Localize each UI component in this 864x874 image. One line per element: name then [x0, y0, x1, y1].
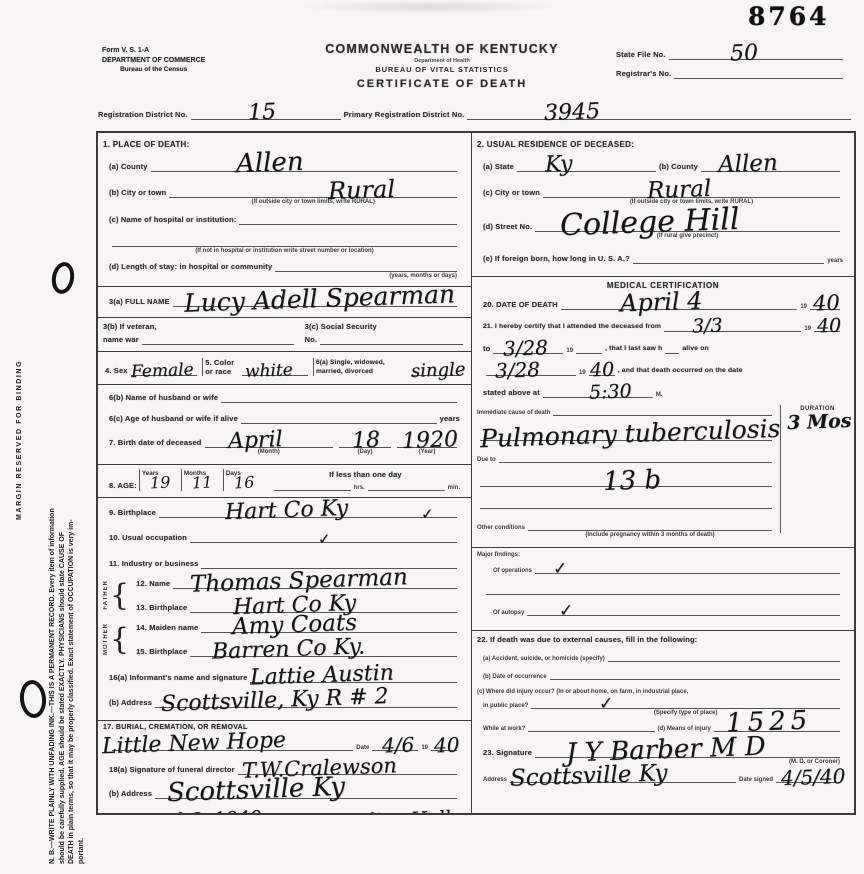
residence-state-label: (a) State — [483, 162, 514, 172]
certify-stated-above: stated above at — [483, 388, 540, 398]
mother-maiden-line: Amy Coats — [201, 625, 457, 633]
pod-hospital-row: (c) Name of hospital or institution: — [109, 215, 460, 225]
residence-state-county-row: (a) State Ky (b) County Allen — [483, 162, 843, 172]
residence-county-value: Allen — [717, 152, 778, 177]
margin-note-line3: DEATH in plain terms, so that it may be … — [67, 40, 77, 864]
birth-month-line: April (Month) — [205, 440, 333, 448]
sex-value: Female — [130, 362, 193, 381]
burial-year-printed: 19 — [421, 745, 428, 751]
certify-seen-value: 3/28 — [495, 359, 541, 381]
dept-of-health: Department of Health — [292, 58, 592, 64]
funeral-address-label: (b) Address — [109, 789, 152, 799]
duration-value: 3 Mos — [787, 412, 854, 539]
mother-brace: { — [110, 626, 129, 653]
color-label: 5. Color or race — [205, 358, 239, 376]
informant-address-line: Scottsville, Ky R # 2 — [155, 700, 457, 708]
certify-year3-line: 40 — [589, 368, 615, 376]
certify-year1-line: 40 — [814, 324, 840, 332]
ssn-number-row: No. — [305, 335, 466, 345]
date-of-death-line: April 4 — [561, 302, 798, 310]
occupation-line: ✓ — [190, 535, 457, 543]
burial-year-line: 40 — [431, 743, 457, 751]
marital-label: 6(a) Single, widowed, married, divorced — [316, 358, 408, 376]
burial-date-value: 4/6 — [382, 734, 415, 755]
veteran-war-label: name war — [103, 335, 139, 345]
primary-district-label: Primary Registration District No. — [344, 110, 465, 120]
residence-county-label: (b) County — [659, 162, 698, 172]
certify-from-line: 3/3 — [664, 324, 801, 332]
state-file-line: 50 — [669, 52, 843, 60]
industry-label: 11. Industry or business — [109, 559, 198, 569]
residence-state-line: Ky — [517, 164, 656, 172]
at-work-label: While at work? — [483, 726, 525, 732]
age-label: 8. AGE: — [109, 481, 137, 491]
scan-smudge — [300, 0, 560, 14]
physician-address-line: Scottsville Ky — [510, 775, 736, 783]
certify-19c: 19 — [579, 370, 586, 376]
at-work-row: While at work? (d) Means of injury 1525 — [483, 724, 843, 732]
physician-address-row: Address Scottsville Ky Date signed 4/5/4… — [483, 775, 843, 783]
operations-line: ✓ — [535, 566, 840, 574]
pod-county-label: (a) County — [109, 162, 148, 172]
form-id-block: Form V. S. 1-A DEPARTMENT OF COMMERCE Bu… — [102, 46, 205, 75]
at-work-line — [528, 724, 654, 732]
other-conditions-line: (Include pregnancy within 3 months of de… — [528, 523, 772, 531]
residence-foreign-label: (e) If foreign born, how long in U. S. A… — [483, 254, 630, 264]
due-to-value-line: 13 b — [480, 479, 772, 487]
age-hrs-line — [274, 483, 351, 491]
residence-street-label: (d) Street No. — [483, 222, 532, 232]
pod-hospital-label: (c) Name of hospital or institution: — [109, 215, 236, 225]
autopsy-label: Of autopsy — [493, 610, 524, 616]
date-of-death-row: 20. DATE OF DEATH April 4 19 40 — [483, 300, 843, 310]
physician-address-label: Address — [483, 777, 507, 783]
informant-address-label: (b) Address — [109, 698, 152, 708]
burial-date-line: 4/6 — [372, 743, 418, 751]
funeral-address-line: Scottsville Ky — [155, 791, 457, 799]
veteran-block: 3(b) If veteran, name war — [103, 322, 297, 345]
certify-death-occurred-text: , and that death occurred on the date — [618, 366, 743, 376]
age-months-cell: Months 11 — [181, 469, 223, 491]
file-number-block: State File No. 50 Registrar's No. — [616, 46, 846, 79]
registrar-sig-value: Bernadine Holland — [304, 808, 472, 813]
pod-stay-row: (d) Length of stay: in hospital or commu… — [109, 262, 460, 272]
date-signed-line: 4/5/40 — [776, 775, 840, 783]
divider — [98, 720, 471, 721]
mother-birthplace-line: Barren Co Ky. — [190, 649, 457, 657]
certify-time-value: 5:30 — [589, 382, 632, 402]
certify-to-label: to — [483, 344, 490, 354]
date-of-death-year-line: 40 — [810, 302, 840, 310]
burial-year-value: 40 — [433, 735, 459, 756]
mother-birthplace-value: Barren Co Ky. — [211, 636, 365, 663]
age-min-line — [368, 483, 445, 491]
physician-signature-label: 23. Signature — [483, 748, 532, 758]
margin-note-line2: should be carefully supplied. AGE should… — [58, 40, 68, 864]
registration-district-line: Registration District No. 15 Primary Reg… — [98, 110, 854, 120]
color-value: white — [245, 362, 293, 381]
spouse-name-row: 6(b) Name of husband or wife — [109, 393, 460, 403]
ssn-label: 3(c) Social Security — [305, 322, 466, 331]
birthplace-checkmark: ✓ — [421, 507, 434, 522]
date-of-death-value: April 4 — [620, 289, 703, 316]
color-line: white — [242, 368, 308, 376]
cause-of-death-block: DURATION 3 Mos Immediate cause of death … — [477, 408, 849, 531]
immediate-cause-value-line: Pulmonary tuberculosis — [480, 433, 772, 441]
veteran-label: 3(b) If veteran, — [103, 322, 297, 331]
informant-line: Lattie Austin — [250, 675, 457, 683]
death-certificate-scan: MARGIN RESERVED FOR BINDING N. B.—WRITE … — [0, 0, 864, 874]
age-days-cell: Days 16 — [223, 469, 265, 491]
pod-stay-line: (years, months or days) — [275, 264, 457, 272]
occupation-label: 10. Usual occupation — [109, 533, 187, 543]
residence-city-row: (c) City or town Rural (If outside city … — [483, 188, 843, 198]
informant-address-value: Scottsville, Ky R # 2 — [161, 686, 389, 716]
ssn-number-label: No. — [305, 335, 318, 345]
birth-year-note: (Year) — [397, 449, 457, 455]
certify-year1-value: 40 — [816, 317, 841, 337]
sex-label: 4. Sex — [105, 366, 128, 376]
birth-date-row: 7. Birth date of deceased April (Month) … — [109, 438, 460, 448]
immediate-cause-value-row: Pulmonary tuberculosis — [477, 433, 775, 441]
certify-from-value: 3/3 — [691, 316, 722, 336]
certify-line4: stated above at 5:30 M. — [483, 388, 843, 398]
age-years-value: 19 — [149, 472, 170, 492]
divider — [472, 630, 854, 631]
burial-place-row: Little New Hope Date 4/6 19 40 — [109, 743, 460, 751]
major-findings-label: Major findings: — [477, 552, 849, 558]
birth-month-note: (Month) — [205, 449, 333, 455]
birthplace-row: 9. Birthplace Hart Co Ky ✓ — [109, 508, 460, 518]
margin-note: N. B.—WRITE PLAINLY WITH UNFADING INK.—T… — [48, 40, 86, 864]
operations-checkmark: ✓ — [553, 561, 568, 578]
certify-time-line: 5:30 — [543, 390, 653, 398]
findings-blank-row — [483, 587, 843, 595]
mother-birthplace-label: 15. Birthplace — [136, 647, 187, 657]
form-bureau: Bureau of the Census — [102, 65, 205, 75]
physician-address-value: Scottsville Ky — [510, 762, 668, 790]
father-group: FATHER { 12. Name Thomas Spearman 13. Bi… — [103, 577, 466, 613]
accident-line — [608, 654, 840, 662]
birth-date-label: 7. Birth date of deceased — [109, 438, 202, 448]
means-label: (d) Means of injury — [658, 726, 711, 732]
certify-line2: to 3/28 19 , that I last saw h alive on — [483, 344, 843, 354]
full-name-row: 3(a) FULL NAME Lucy Adell Spearman — [109, 297, 460, 307]
mother-maiden-row: 14. Maiden name Amy Coats — [136, 623, 460, 633]
certify-text1: 21. I hereby certify that I attended the… — [483, 322, 661, 332]
age-months-value: 11 — [191, 472, 212, 492]
form-dept: DEPARTMENT OF COMMERCE — [102, 56, 205, 66]
accident-label: (a) Accident, suicide, or homicide (spec… — [483, 656, 605, 662]
other-conditions-row: Other conditions (Include pregnancy with… — [477, 523, 775, 531]
father-brace: { — [110, 582, 129, 609]
margin-note-line1: N. B.—WRITE PLAINLY WITH UNFADING INK.—T… — [48, 40, 58, 864]
pod-hospital-note-line: (If not in hospital or institution write… — [112, 239, 457, 247]
margin-binding-text: MARGIN RESERVED FOR BINDING — [16, 140, 23, 520]
pod-city-row: (b) City or town Rural (If outside city … — [109, 188, 460, 198]
birth-day-line: 18 (Day) — [339, 440, 391, 448]
funeral-director-label: 18(a) Signature of funeral director — [109, 765, 235, 775]
certify-to-value: 3/28 — [503, 337, 549, 359]
injury-where-label: (c) Where did injury occur? (In or about… — [477, 689, 849, 695]
registration-district-line-fill: 15 — [191, 112, 341, 120]
operations-label: Of operations — [493, 568, 532, 574]
occurrence-row: (b) Date of occurrence — [483, 672, 843, 680]
burial-date-label: Date — [356, 745, 369, 751]
blank-line-row — [477, 501, 775, 509]
residence-section-label: 2. USUAL RESIDENCE OF DECEASED: — [477, 140, 849, 149]
registrar-no-label: Registrar's No. — [616, 69, 671, 79]
father-birthplace-label: 13. Birthplace — [136, 603, 187, 613]
birth-day-note: (Day) — [339, 449, 391, 455]
occupation-checkmark: ✓ — [318, 532, 331, 547]
residence-foreign-row: (e) If foreign born, how long in U. S. A… — [483, 254, 843, 264]
birth-year-line: 1920 (Year) — [397, 440, 457, 448]
state-file-row: State File No. 50 — [616, 50, 846, 60]
registration-district-label: Registration District No. — [98, 110, 188, 120]
age-years-cell: Years 19 — [139, 469, 181, 491]
burial-place-value: Little New Hope — [102, 730, 287, 758]
due-to-line — [499, 455, 772, 463]
pod-hospital-note-row: (If not in hospital or institution write… — [109, 239, 460, 247]
injury-where-label2: in public place? — [483, 703, 528, 709]
marital-cell: 6(a) Single, widowed, married, divorced … — [313, 358, 466, 376]
state-file-value: 50 — [729, 43, 758, 66]
veteran-war-line — [142, 337, 294, 345]
punch-hole-icon — [18, 679, 48, 720]
physician-signature-row: 23. Signature J Y Barber M D (M. D. or C… — [483, 748, 843, 758]
spouse-name-line — [221, 395, 457, 403]
certify-m-label: M. — [656, 392, 663, 398]
sex-line: Female — [131, 368, 198, 376]
registrar-no-line — [674, 71, 843, 79]
full-name-value: Lucy Adell Spearman — [184, 281, 456, 315]
left-column: 1. PLACE OF DEATH: (a) County Allen (b) … — [98, 133, 472, 813]
birthplace-line: Hart Co Ky ✓ — [159, 510, 457, 518]
date-of-death-year-value: 40 — [813, 293, 840, 315]
mother-rows: 14. Maiden name Amy Coats 15. Birthplace… — [130, 621, 466, 657]
certify-line3: 3/28 19 40 , and that death occurred on … — [483, 366, 843, 376]
marital-line: single — [411, 368, 461, 376]
divider — [472, 276, 854, 277]
date-of-death-label: 20. DATE OF DEATH — [483, 300, 558, 310]
marital-value: single — [411, 361, 466, 381]
operations-row: Of operations ✓ — [493, 566, 843, 574]
immediate-cause-label: Immediate cause of death — [477, 410, 550, 416]
certificate-title: CERTIFICATE OF DEATH — [292, 78, 592, 90]
certify-lastsaw-text: , that I last saw h — [605, 344, 662, 354]
pod-county-row: (a) County Allen — [109, 162, 460, 172]
father-name-line: Thomas Spearman — [173, 581, 457, 589]
spouse-age-line — [241, 416, 437, 424]
informant-label: 16(a) Informant's name and signature — [109, 673, 247, 683]
pod-hospital-note: (If not in hospital or institution write… — [112, 248, 457, 254]
full-name-label: 3(a) FULL NAME — [109, 297, 170, 307]
due-to-value: 13 b — [602, 467, 661, 495]
certify-year3-value: 40 — [590, 361, 615, 381]
date-of-death-19: 19 — [800, 304, 807, 310]
residence-city-label: (c) City or town — [483, 188, 540, 198]
registrar-no-row: Registrar's No. — [616, 69, 846, 79]
bureau-vital-statistics: BUREAU OF VITAL STATISTICS — [292, 65, 592, 74]
certify-seen-line: 3/28 — [486, 368, 576, 376]
divider — [98, 351, 471, 352]
certify-h-line — [665, 346, 679, 354]
residence-county-line: Allen — [701, 164, 840, 172]
birthplace-label: 9. Birthplace — [109, 508, 156, 518]
margin-note-line4: portant. — [77, 40, 87, 864]
father-group-label: FATHER — [103, 580, 109, 610]
pod-city-label: (b) City or town — [109, 188, 166, 198]
veteran-war-row: name war — [103, 335, 297, 345]
age-less-row: hrs. min. — [271, 483, 460, 491]
serial-stamp: 8764 — [748, 2, 830, 31]
primary-district-value: 3945 — [544, 101, 601, 125]
external-causes-label: 22. If death was due to external causes,… — [477, 635, 849, 645]
full-name-line: Lucy Adell Spearman — [173, 299, 457, 307]
date-signed-value: 4/5/40 — [781, 766, 846, 788]
informant-row: 16(a) Informant's name and signature Lat… — [109, 673, 460, 683]
spouse-name-label: 6(b) Name of husband or wife — [109, 393, 218, 403]
age-less-block: If less than one day hrs. min. — [265, 470, 460, 491]
pod-stay-note: (years, months or days) — [275, 273, 457, 279]
primary-district-line-fill: 3945 — [467, 112, 851, 120]
age-less-label: If less than one day — [271, 470, 460, 480]
date-signed-label: Date signed — [739, 777, 773, 783]
father-name-row: 12. Name Thomas Spearman — [136, 579, 460, 589]
residence-state-value: Ky — [544, 154, 572, 177]
certify-aliveon-text: alive on — [682, 344, 709, 354]
color-cell: 5. Color or race white — [202, 358, 313, 376]
certify-line1: 21. I hereby certify that I attended the… — [483, 322, 843, 332]
father-name-label: 12. Name — [136, 579, 170, 589]
residence-street-row: (d) Street No. College Hill (If rural gi… — [483, 222, 843, 232]
age-days-value: 16 — [233, 472, 254, 492]
residence-city-line: Rural (If outside city or town limits, w… — [543, 190, 840, 198]
age-hrs-label: hrs. — [354, 485, 365, 491]
certificate-form: 1. PLACE OF DEATH: (a) County Allen (b) … — [96, 131, 856, 815]
certify-to-line: 3/28 — [493, 346, 563, 354]
residence-street-line: College Hill (If rural give precinct) — [535, 224, 840, 232]
commonwealth-title: COMMONWEALTH OF KENTUCKY — [292, 42, 592, 56]
spouse-age-label: 6(c) Age of husband or wife if alive — [109, 414, 238, 424]
registrar-date-value: April 6, 1940 — [136, 809, 262, 813]
certify-year2-line — [576, 346, 602, 354]
due-to-row: Due to — [477, 455, 775, 463]
autopsy-line: ✓ — [527, 608, 840, 616]
residence-foreign-suffix: years — [827, 258, 843, 264]
other-conditions-label: Other conditions — [477, 525, 525, 531]
sex-color-marital-row: 4. Sex Female 5. Color or race white 6(a… — [103, 358, 466, 376]
veteran-ssn-row: 3(b) If veteran, name war 3(c) Social Se… — [103, 322, 466, 345]
pod-county-value: Allen — [236, 149, 304, 177]
due-to-value-row: 13 b — [477, 479, 775, 487]
physician-signature-line: J Y Barber M D (M. D. or Coroner) — [535, 750, 840, 758]
occurrence-label: (b) Date of occurrence — [483, 674, 547, 680]
autopsy-checkmark: ✓ — [558, 603, 573, 620]
sex-cell: 4. Sex Female — [103, 366, 202, 376]
findings-blank-line — [486, 587, 840, 595]
ssn-block: 3(c) Social Security No. — [305, 322, 466, 345]
occupation-row: 10. Usual occupation ✓ — [109, 533, 460, 543]
burial-place-line: Little New Hope — [112, 743, 353, 751]
accident-row: (a) Accident, suicide, or homicide (spec… — [483, 654, 843, 662]
due-to-label: Due to — [477, 457, 496, 463]
other-conditions-note: (Include pregnancy within 3 months of de… — [528, 532, 772, 538]
mother-birthplace-row: 15. Birthplace Barren Co Ky. — [136, 647, 460, 657]
means-line: 1525 — [714, 724, 840, 732]
immediate-cause-value: Pulmonary tuberculosis — [480, 416, 781, 451]
funeral-address-row: (b) Address Scottsville Ky — [109, 789, 460, 799]
header-title-block: COMMONWEALTH OF KENTUCKY Department of H… — [292, 42, 592, 90]
pod-hospital-line — [239, 217, 457, 225]
mother-group-label: MOTHER — [103, 623, 109, 655]
certify-19b: 19 — [566, 348, 573, 354]
spouse-age-row: 6(c) Age of husband or wife if alive yea… — [109, 414, 460, 424]
pod-stay-label: (d) Length of stay: in hospital or commu… — [109, 262, 272, 272]
age-min-label: min. — [448, 485, 460, 491]
form-number: Form V. S. 1-A — [102, 46, 205, 56]
funeral-address-value: Scottsville Ky — [167, 774, 346, 806]
autopsy-row: Of autopsy ✓ — [493, 608, 843, 616]
pod-county-line: Allen — [151, 164, 457, 172]
mother-maiden-label: 14. Maiden name — [136, 623, 198, 633]
blank-line — [480, 501, 772, 509]
pod-city-note: (If outside city or town limits, write R… — [169, 199, 457, 205]
age-row: 8. AGE: Years 19 Months 11 Days 16 If le… — [109, 469, 460, 491]
ssn-number-line — [320, 337, 463, 345]
registration-district-value: 15 — [247, 102, 276, 125]
divider — [98, 384, 471, 385]
father-rows: 12. Name Thomas Spearman 13. Birthplace … — [130, 577, 466, 613]
divider — [98, 317, 471, 318]
certify-19a: 19 — [804, 326, 811, 332]
duration-box: DURATION 3 Mos — [780, 405, 854, 533]
pod-city-line: Rural (If outside city or town limits, w… — [169, 190, 457, 198]
divider — [98, 464, 471, 465]
state-file-label: State File No. — [616, 50, 666, 60]
residence-foreign-line — [633, 256, 824, 264]
birthplace-value: Hart Co Ky — [224, 498, 348, 524]
right-column: 2. USUAL RESIDENCE OF DECEASED: (a) Stat… — [472, 133, 854, 813]
mother-group: MOTHER { 14. Maiden name Amy Coats 15. B… — [103, 621, 466, 657]
residence-street-note: (If rural give precinct) — [535, 233, 840, 239]
informant-address-row: (b) Address Scottsville, Ky R # 2 — [109, 698, 460, 708]
spouse-age-suffix: years — [440, 414, 460, 424]
divider — [472, 547, 854, 548]
occurrence-line — [550, 672, 840, 680]
